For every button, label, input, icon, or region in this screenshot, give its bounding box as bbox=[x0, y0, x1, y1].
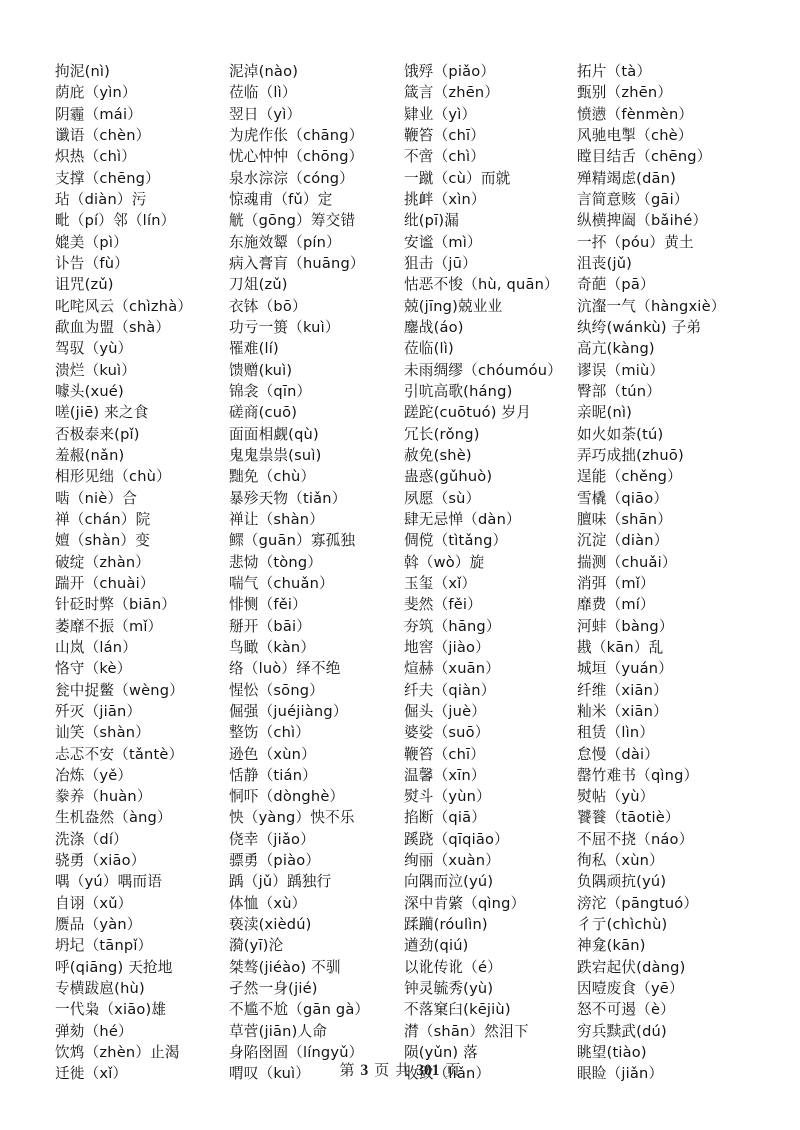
vocab-entry: 熨帖（yù） bbox=[577, 786, 755, 807]
vocab-entry: 一蹴（cù）而就 bbox=[404, 168, 582, 189]
vocab-entry: 夙愿（sù） bbox=[404, 488, 582, 509]
footer-total-pages: 301 bbox=[416, 1062, 439, 1079]
vocab-entry: 愤懑（fènmèn） bbox=[577, 104, 755, 125]
vocab-entry: 一代枭（xiāo)雄 bbox=[55, 999, 233, 1020]
vocab-entry: 面面相觑(qù) bbox=[229, 424, 407, 445]
vocab-entry: 城垣（yuán） bbox=[577, 658, 755, 679]
vocab-entry: 怏（yàng）怏不乐 bbox=[229, 807, 407, 828]
vocab-entry: 肆无忌惮（dàn） bbox=[404, 509, 582, 530]
vocab-entry: 因噎废食（yē） bbox=[577, 978, 755, 999]
vocab-entry: 熨斗（yùn） bbox=[404, 786, 582, 807]
vocab-column-4: 拓片（tà）甄别（zhēn）愤懑（fènmèn）风驰电掣（chè）瞠目结舌（ch… bbox=[577, 61, 755, 1085]
vocab-entry: 肄业（yì） bbox=[404, 104, 582, 125]
vocab-entry: 鳏（guān）寡孤独 bbox=[229, 530, 407, 551]
vocab-entry: 生机盎然（àng） bbox=[55, 807, 233, 828]
vocab-entry: 莅临(lì) bbox=[404, 338, 582, 359]
vocab-entry: 冶炼（yě） bbox=[55, 765, 233, 786]
vocab-column-2: 泥淖(nào)莅临（lì）翌日（yì）为虎作伥（chāng）忧心忡忡（chōng… bbox=[229, 61, 407, 1085]
vocab-entry: 兢(jīng)兢业业 bbox=[404, 296, 582, 317]
vocab-entry: 体恤（xù） bbox=[229, 893, 407, 914]
vocab-entry: 否极泰来(pǐ) bbox=[55, 424, 233, 445]
vocab-entry: 病入膏肓（huāng） bbox=[229, 253, 407, 274]
vocab-entry: 箴言（zhēn） bbox=[404, 82, 582, 103]
vocab-entry: 黜免（chù） bbox=[229, 466, 407, 487]
vocab-entry: 靡费（mí） bbox=[577, 594, 755, 615]
vocab-entry: 踹开（chuài） bbox=[55, 573, 233, 594]
vocab-entry: 沮丧(jǔ) bbox=[577, 253, 755, 274]
vocab-entry: 鏖战(áo) bbox=[404, 317, 582, 338]
vocab-entry: 瞠目结舌（chēng） bbox=[577, 146, 755, 167]
vocab-entry: 穷兵黩武(dú) bbox=[577, 1021, 755, 1042]
vocab-entry: 媲美（pì） bbox=[55, 232, 233, 253]
vocab-entry: 阴霾（mái） bbox=[55, 104, 233, 125]
vocab-entry: 地窖（jiào） bbox=[404, 637, 582, 658]
vocab-entry: 绚丽（xuàn） bbox=[404, 850, 582, 871]
vocab-entry: 整饬（chì） bbox=[229, 722, 407, 743]
vocab-entry: 租赁（lìn） bbox=[577, 722, 755, 743]
vocab-entry: 自诩（xǔ） bbox=[55, 893, 233, 914]
vocab-entry: 为虎作伥（chāng） bbox=[229, 125, 407, 146]
vocab-entry: 臀部（tún） bbox=[577, 381, 755, 402]
vocab-entry: 荫庇（yìn） bbox=[55, 82, 233, 103]
vocab-entry: 毗（pí）邻（lín） bbox=[55, 210, 233, 231]
vocab-entry: 惺忪（sōng） bbox=[229, 680, 407, 701]
vocab-entry: 磋商(cuō) bbox=[229, 402, 407, 423]
vocab-entry: 膻味（shān） bbox=[577, 509, 755, 530]
vocab-entry: 怠慢（dài） bbox=[577, 744, 755, 765]
vocab-entry: 嗟(jiē) 来之食 bbox=[55, 402, 233, 423]
vocab-entry: 瓮中捉鳖（wèng） bbox=[55, 680, 233, 701]
vocab-entry: 煊赫（xuān） bbox=[404, 658, 582, 679]
vocab-entry: 赦免(shè) bbox=[404, 445, 582, 466]
vocab-entry: 不啻（chì） bbox=[404, 146, 582, 167]
vocab-entry: 孑然一身(jié) bbox=[229, 978, 407, 999]
vocab-entry: 鬼鬼祟祟(suì) bbox=[229, 445, 407, 466]
vocab-entry: 草菅(jiān)人命 bbox=[229, 1021, 407, 1042]
vocab-entry: 谶语（chèn） bbox=[55, 125, 233, 146]
vocab-entry: 安谧（mì） bbox=[404, 232, 582, 253]
vocab-entry: 风驰电掣（chè） bbox=[577, 125, 755, 146]
vocab-entry: 讣告（fù） bbox=[55, 253, 233, 274]
vocab-entry: 不尴不尬（gān gà） bbox=[229, 999, 407, 1020]
vocab-entry: 鸟瞰（kàn） bbox=[229, 637, 407, 658]
vocab-entry: 蹂躏(róulìn) bbox=[404, 914, 582, 935]
vocab-entry: 滂沱（pāngtuó） bbox=[577, 893, 755, 914]
vocab-entry: 沆瀣一气（hàngxiè） bbox=[577, 296, 755, 317]
vocab-entry: 豢养（huàn） bbox=[55, 786, 233, 807]
vocab-entry: 狙击（jū） bbox=[404, 253, 582, 274]
vocab-entry: 沉淀（diàn） bbox=[577, 530, 755, 551]
vocab-entry: 喘气（chuǎn） bbox=[229, 573, 407, 594]
vocab-entry: 深中肯綮（qìng） bbox=[404, 893, 582, 914]
vocab-entry: 漪(yī)沦 bbox=[229, 935, 407, 956]
vocab-entry: 未雨绸缪（chóumóu） bbox=[404, 360, 582, 381]
vocab-entry: 向隅而泣(yú) bbox=[404, 871, 582, 892]
vocab-entry: 蛊惑(gǔhuò) bbox=[404, 466, 582, 487]
vocab-entry: 冗长(rǒng) bbox=[404, 424, 582, 445]
vocab-entry: 鞭笞（chī） bbox=[404, 744, 582, 765]
vocab-entry: 纤维（xiān） bbox=[577, 680, 755, 701]
vocab-entry: 弄巧成拙(zhuō) bbox=[577, 445, 755, 466]
vocab-entry: 河蚌（bàng） bbox=[577, 616, 755, 637]
vocab-entry: 啮（niè）合 bbox=[55, 488, 233, 509]
vocab-entry: 衣钵（bō） bbox=[229, 296, 407, 317]
vocab-entry: 徇私（xùn） bbox=[577, 850, 755, 871]
vocab-entry: 侥幸（jiǎo） bbox=[229, 829, 407, 850]
vocab-entry: 诅咒(zǔ) bbox=[55, 274, 233, 295]
vocab-entry: 恪守（kè） bbox=[55, 658, 233, 679]
vocab-entry: 温馨（xīn） bbox=[404, 765, 582, 786]
vocab-entry: 专横跋扈(hù) bbox=[55, 978, 233, 999]
vocab-entry: 殚精竭虑(dān) bbox=[577, 168, 755, 189]
vocab-entry: 溃烂（kuì） bbox=[55, 360, 233, 381]
vocab-entry: 言简意赅（gāi） bbox=[577, 189, 755, 210]
vocab-entry: 驾驭（yù） bbox=[55, 338, 233, 359]
vocab-entry: 籼米（xiān） bbox=[577, 701, 755, 722]
vocab-entry: 蹉跎(cuōtuó) 岁月 bbox=[404, 402, 582, 423]
page-footer: 第3页共301页 bbox=[0, 1059, 800, 1080]
vocab-entry: 怒不可遏（è） bbox=[577, 999, 755, 1020]
vocab-entry: 弹劾（hé） bbox=[55, 1021, 233, 1042]
vocab-entry: 饕餮（tāotiè） bbox=[577, 807, 755, 828]
vocab-entry: 遒劲(qiú) bbox=[404, 935, 582, 956]
vocab-entry: 泉水淙淙（cóng） bbox=[229, 168, 407, 189]
vocab-entry: 斐然（fěi） bbox=[404, 594, 582, 615]
vocab-entry: 赝品（yàn） bbox=[55, 914, 233, 935]
vocab-entry: 嬗（shàn）变 bbox=[55, 530, 233, 551]
vocab-entry: 雪橇（qiāo） bbox=[577, 488, 755, 509]
vocab-entry: 蹊跷（qīqiāo） bbox=[404, 829, 582, 850]
vocab-entry: 不屈不挠（náo） bbox=[577, 829, 755, 850]
vocab-entry: 噱头(xué) bbox=[55, 381, 233, 402]
vocab-entry: 山岚（lán） bbox=[55, 637, 233, 658]
vocab-entry: 饿殍（piǎo） bbox=[404, 61, 582, 82]
vocab-entry: 悲恸（tòng） bbox=[229, 552, 407, 573]
vocab-entry: 觥（gōng）筹交错 bbox=[229, 210, 407, 231]
vocab-entry: 负隅顽抗(yú) bbox=[577, 871, 755, 892]
vocab-entry: 神龛(kān) bbox=[577, 935, 755, 956]
vocab-entry: 叱咤风云（chìzhà） bbox=[55, 296, 233, 317]
vocab-entry: 一抔（póu）黄土 bbox=[577, 232, 755, 253]
vocab-entry: 纰(pī)漏 bbox=[404, 210, 582, 231]
vocab-entry: 倔头（juè） bbox=[404, 701, 582, 722]
vocab-entry: 掐断（qiā） bbox=[404, 807, 582, 828]
vocab-entry: 罹难(lí) bbox=[229, 338, 407, 359]
vocab-entry: 跌宕起伏(dàng) bbox=[577, 957, 755, 978]
vocab-column-1: 拘泥(nì)荫庇（yìn）阴霾（mái）谶语（chèn）炽热（chì）支撑（ch… bbox=[55, 61, 233, 1085]
vocab-entry: 禅（chán）院 bbox=[55, 509, 233, 530]
vocab-entry: 忐忑不安（tǎntè） bbox=[55, 744, 233, 765]
vocab-entry: 玉玺（xǐ） bbox=[404, 573, 582, 594]
vocab-entry: 恫吓（dònghè） bbox=[229, 786, 407, 807]
footer-label-di: 第 bbox=[339, 1061, 354, 1079]
vocab-entry: 纨绔(wánkù) 子弟 bbox=[577, 317, 755, 338]
vocab-entry: 亵渎(xièdú) bbox=[229, 914, 407, 935]
vocab-entry: 泥淖(nào) bbox=[229, 61, 407, 82]
vocab-entry: 彳亍(chìchù) bbox=[577, 914, 755, 935]
vocab-entry: 高亢(kàng) bbox=[577, 338, 755, 359]
vocab-entry: 炽热（chì） bbox=[55, 146, 233, 167]
vocab-entry: 桀骜(jiéào) 不驯 bbox=[229, 957, 407, 978]
vocab-entry: 洗涤（dí） bbox=[55, 829, 233, 850]
vocab-column-3: 饿殍（piǎo）箴言（zhēn）肄业（yì）鞭笞（chī）不啻（chì）一蹴（c… bbox=[404, 61, 582, 1085]
vocab-entry: 鞭笞（chī） bbox=[404, 125, 582, 146]
vocab-entry: 纵横捭阖（bǎihé） bbox=[577, 210, 755, 231]
footer-label-ye1: 页 bbox=[374, 1061, 389, 1079]
vocab-entry: 拓片（tà） bbox=[577, 61, 755, 82]
vocab-entry: 呼(qiāng) 天抢地 bbox=[55, 957, 233, 978]
vocab-entry: 倜傥（tìtǎng） bbox=[404, 530, 582, 551]
vocab-entry: 挑衅（xìn） bbox=[404, 189, 582, 210]
vocab-entry: 羞赧(nǎn) bbox=[55, 445, 233, 466]
vocab-entry: 锦衾（qīn） bbox=[229, 381, 407, 402]
vocab-entry: 亲昵(nì) bbox=[577, 402, 755, 423]
vocab-entry: 揣测（chuǎi） bbox=[577, 552, 755, 573]
vocab-entry: 针砭时弊（biān） bbox=[55, 594, 233, 615]
vocab-entry: 玷（diàn）污 bbox=[55, 189, 233, 210]
vocab-entry: 支撑（chēng） bbox=[55, 168, 233, 189]
vocab-entry: 悱恻（fěi） bbox=[229, 594, 407, 615]
vocab-entry: 莅临（lì） bbox=[229, 82, 407, 103]
vocab-entry: 倔强（juéjiàng） bbox=[229, 701, 407, 722]
vocab-entry: 萎靡不振（mǐ） bbox=[55, 616, 233, 637]
vocab-entry: 以讹传讹（é） bbox=[404, 957, 582, 978]
vocab-entry: 逊色（xùn） bbox=[229, 744, 407, 765]
vocab-entry: 破绽（zhàn） bbox=[55, 552, 233, 573]
vocab-entry: 谬误（miù） bbox=[577, 360, 755, 381]
vocab-entry: 东施效颦（pín） bbox=[229, 232, 407, 253]
vocab-entry: 不落窠臼(kējiù) bbox=[404, 999, 582, 1020]
vocab-entry: 翌日（yì） bbox=[229, 104, 407, 125]
vocab-entry: 拘泥(nì) bbox=[55, 61, 233, 82]
vocab-entry: 相形见绌（chù） bbox=[55, 466, 233, 487]
vocab-entry: 甄别（zhēn） bbox=[577, 82, 755, 103]
footer-label-gong: 共 bbox=[395, 1061, 410, 1079]
vocab-entry: 怙恶不悛（hù, quān） bbox=[404, 274, 582, 295]
vocab-entry: 纤夫（qiàn） bbox=[404, 680, 582, 701]
vocab-entry: 骁勇（xiāo） bbox=[55, 850, 233, 871]
vocab-entry: 禅让（shàn） bbox=[229, 509, 407, 530]
vocab-entry: 戡（kān）乱 bbox=[577, 637, 755, 658]
vocab-entry: 讪笑（shàn） bbox=[55, 722, 233, 743]
vocab-entry: 婆娑（suō） bbox=[404, 722, 582, 743]
vocab-entry: 络（luò）绎不绝 bbox=[229, 658, 407, 679]
vocab-entry: 馈赠(kuì) bbox=[229, 360, 407, 381]
vocab-entry: 奇葩（pā） bbox=[577, 274, 755, 295]
vocab-entry: 暴殄天物（tiǎn） bbox=[229, 488, 407, 509]
vocab-entry: 钟灵毓秀(yù) bbox=[404, 978, 582, 999]
vocab-entry: 掰开（bāi） bbox=[229, 616, 407, 637]
vocab-entry: 引吭高歌(háng) bbox=[404, 381, 582, 402]
vocab-entry: 斡（wò）旋 bbox=[404, 552, 582, 573]
vocab-entry: 骠勇（piào） bbox=[229, 850, 407, 871]
vocab-entry: 夯筑（hāng） bbox=[404, 616, 582, 637]
vocab-entry: 消弭（mǐ） bbox=[577, 573, 755, 594]
vocab-entry: 歼灭（jiān） bbox=[55, 701, 233, 722]
vocab-entry: 惊魂甫（fǔ）定 bbox=[229, 189, 407, 210]
footer-page-number: 3 bbox=[360, 1062, 368, 1079]
vocab-entry: 歃血为盟（shà） bbox=[55, 317, 233, 338]
vocab-entry: 逞能（chěng） bbox=[577, 466, 755, 487]
vocab-entry: 踽（jǔ）踽独行 bbox=[229, 871, 407, 892]
vocab-entry: 功亏一篑（kuì） bbox=[229, 317, 407, 338]
vocab-entry: 恬静（tián） bbox=[229, 765, 407, 786]
vocab-entry: 罄竹难书（qìng） bbox=[577, 765, 755, 786]
vocab-entry: 潸（shān）然泪下 bbox=[404, 1021, 582, 1042]
document-page: 拘泥(nì)荫庇（yìn）阴霾（mái）谶语（chèn）炽热（chì）支撑（ch… bbox=[0, 0, 800, 1130]
vocab-entry: 如火如荼(tú) bbox=[577, 424, 755, 445]
footer-label-ye2: 页 bbox=[446, 1061, 461, 1079]
vocab-entry: 坍圮（tānpǐ） bbox=[55, 935, 233, 956]
vocab-entry: 忧心忡忡（chōng） bbox=[229, 146, 407, 167]
vocab-entry: 刀俎(zǔ) bbox=[229, 274, 407, 295]
vocab-entry: 喁（yú）喁而语 bbox=[55, 871, 233, 892]
